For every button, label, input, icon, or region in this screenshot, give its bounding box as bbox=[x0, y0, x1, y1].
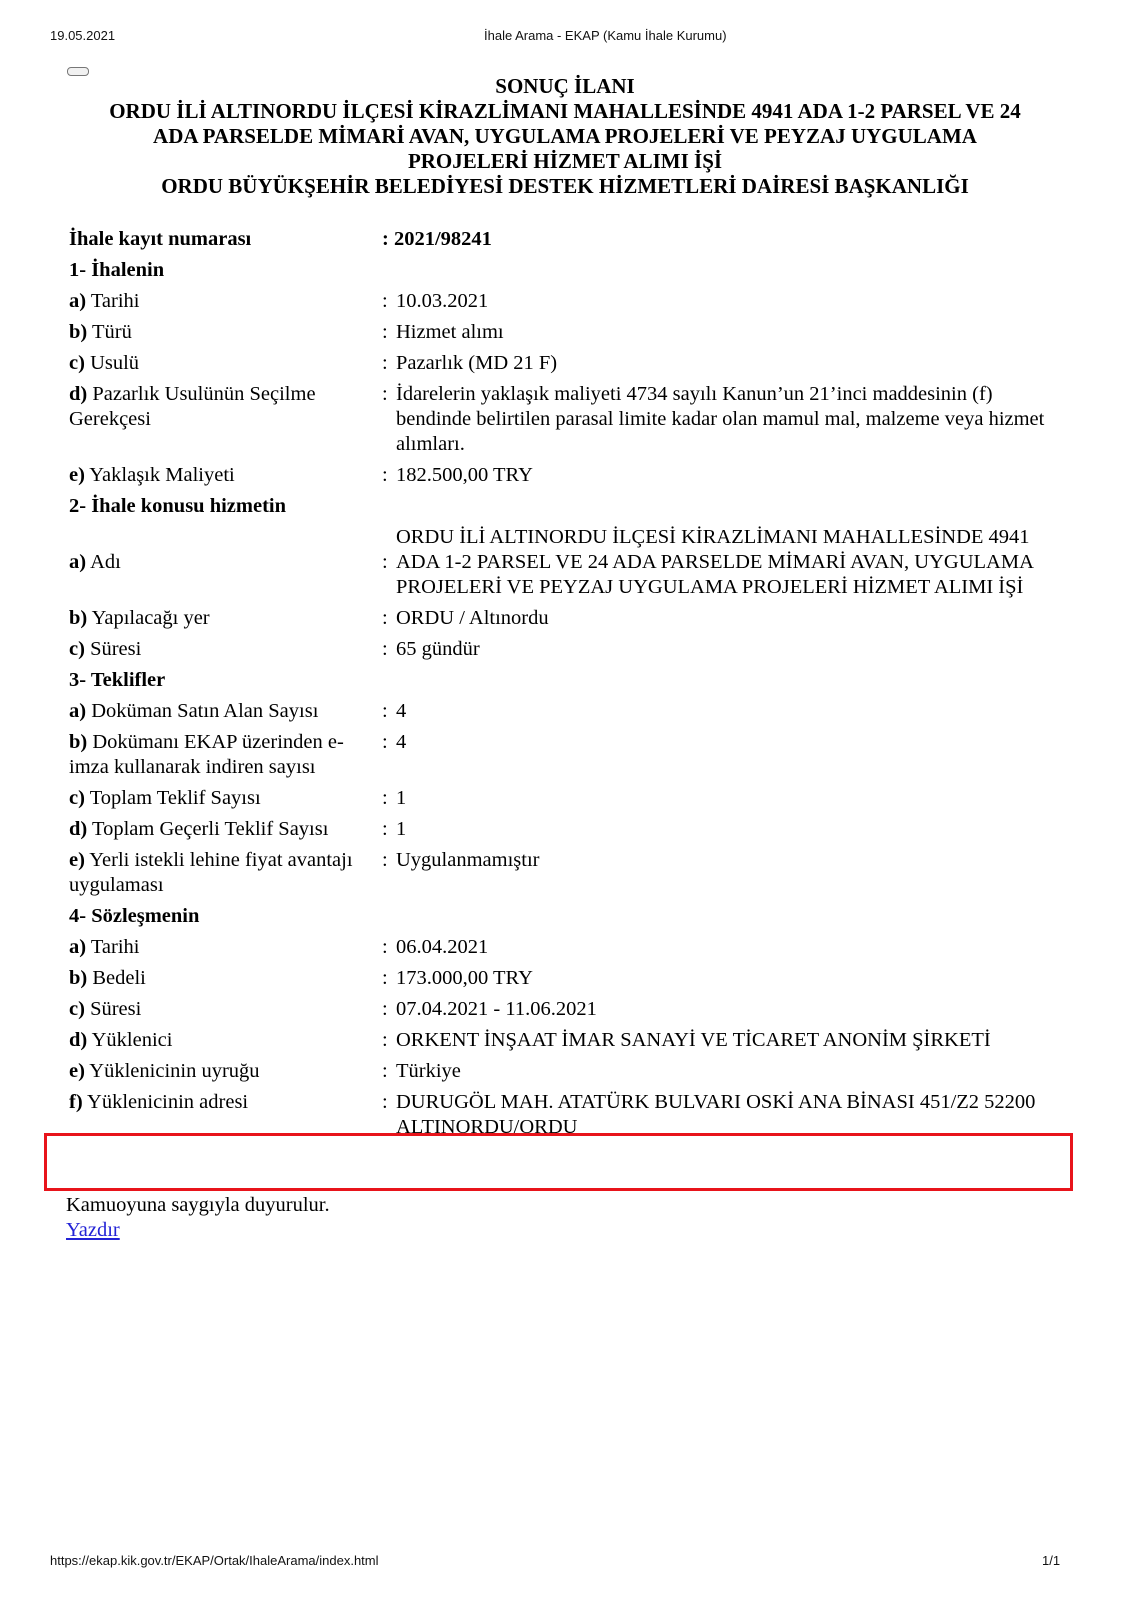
field-label: e) Yüklenicinin uyruğu bbox=[69, 1059, 382, 1084]
print-header-date: 19.05.2021 bbox=[50, 28, 115, 43]
closing-text: Kamuoyuna saygıyla duyurulur. bbox=[66, 1193, 330, 1218]
field-label: d) Pazarlık Usulünün Seçilme Gerekçesi bbox=[69, 382, 382, 457]
field-value: Pazarlık (MD 21 F) bbox=[396, 351, 1059, 376]
field-value: ORDU / Altınordu bbox=[396, 606, 1059, 631]
field-value: 07.04.2021 - 11.06.2021 bbox=[396, 997, 1059, 1022]
field-label-text: Yaklaşık Maliyeti bbox=[85, 464, 235, 486]
field-colon: : bbox=[382, 550, 396, 575]
field-label-text: Doküman Satın Alan Sayısı bbox=[86, 700, 318, 722]
field-letter: b) bbox=[69, 967, 87, 989]
field-value: ORKENT İNŞAAT İMAR SANAYİ VE TİCARET ANO… bbox=[396, 1028, 1059, 1053]
registration-value: : 2021/98241 bbox=[382, 227, 1059, 252]
field-letter: e) bbox=[69, 849, 85, 871]
field-letter: a) bbox=[69, 700, 86, 722]
field-letter: f) bbox=[69, 1091, 83, 1113]
field-letter: c) bbox=[69, 352, 85, 374]
field-letter: d) bbox=[69, 1029, 87, 1051]
field-label-text: Bedeli bbox=[87, 967, 146, 989]
section2-item-row: c) Süresi:65 gündür bbox=[69, 637, 1059, 662]
field-label-text: Tarihi bbox=[86, 290, 139, 312]
contractor-address-highlight bbox=[44, 1133, 1073, 1191]
section1-item-row: d) Pazarlık Usulünün Seçilme Gerekçesi:İ… bbox=[69, 382, 1059, 457]
field-value: 4 bbox=[396, 699, 1059, 724]
field-colon: : bbox=[382, 351, 396, 376]
field-label-text: Süresi bbox=[85, 638, 141, 660]
field-label: a) Tarihi bbox=[69, 289, 382, 314]
title-line: SONUÇ İLANI bbox=[50, 74, 1080, 99]
title-line: ORDU BÜYÜKŞEHİR BELEDİYESİ DESTEK HİZMET… bbox=[50, 174, 1080, 199]
field-label-text: Tarihi bbox=[86, 936, 139, 958]
section3-items: a) Doküman Satın Alan Sayısı:4b) Doküman… bbox=[69, 699, 1059, 898]
field-value: 4 bbox=[396, 730, 1059, 780]
field-value: Türkiye bbox=[396, 1059, 1059, 1084]
section4-item-row: d) Yüklenici:ORKENT İNŞAAT İMAR SANAYİ V… bbox=[69, 1028, 1059, 1053]
section1-item-row: c) Usulü:Pazarlık (MD 21 F) bbox=[69, 351, 1059, 376]
field-colon: : bbox=[382, 289, 396, 314]
field-letter: b) bbox=[69, 321, 87, 343]
field-value: Uygulanmamıştır bbox=[396, 848, 1059, 898]
section3-item-row: c) Toplam Teklif Sayısı:1 bbox=[69, 786, 1059, 811]
section2-heading: 2- İhale konusu hizmetin bbox=[69, 494, 286, 519]
field-label: b) Dokümanı EKAP üzerinden e-imza kullan… bbox=[69, 730, 382, 780]
field-value: Hizmet alımı bbox=[396, 320, 1059, 345]
field-label: c) Süresi bbox=[69, 637, 382, 662]
announcement-body: İhale kayıt numarası : 2021/98241 1- İha… bbox=[69, 227, 1059, 1146]
section-heading: 4- Sözleşmenin bbox=[69, 904, 1059, 929]
field-letter: c) bbox=[69, 787, 85, 809]
announcement-title: SONUÇ İLANI ORDU İLİ ALTINORDU İLÇESİ Kİ… bbox=[50, 74, 1080, 199]
field-colon: : bbox=[382, 730, 396, 780]
field-colon: : bbox=[382, 786, 396, 811]
field-letter: a) bbox=[69, 551, 86, 573]
field-label: a) Adı bbox=[69, 550, 382, 575]
title-line: ADA PARSELDE MİMARİ AVAN, UYGULAMA PROJE… bbox=[50, 124, 1080, 149]
print-header-title: İhale Arama - EKAP (Kamu İhale Kurumu) bbox=[484, 28, 727, 43]
field-colon: : bbox=[382, 848, 396, 898]
section1-heading: 1- İhalenin bbox=[69, 258, 164, 283]
field-colon: : bbox=[382, 699, 396, 724]
section1-item-row: e) Yaklaşık Maliyeti:182.500,00 TRY bbox=[69, 463, 1059, 488]
field-value: 1 bbox=[396, 817, 1059, 842]
section2-item-row: b) Yapılacağı yer:ORDU / Altınordu bbox=[69, 606, 1059, 631]
field-colon: : bbox=[382, 1059, 396, 1084]
section4-item-row: c) Süresi:07.04.2021 - 11.06.2021 bbox=[69, 997, 1059, 1022]
field-colon: : bbox=[382, 637, 396, 662]
field-letter: c) bbox=[69, 638, 85, 660]
field-label: e) Yaklaşık Maliyeti bbox=[69, 463, 382, 488]
field-letter: b) bbox=[69, 731, 87, 753]
closing-block: Kamuoyuna saygıyla duyurulur. Yazdır bbox=[66, 1193, 330, 1243]
field-label-text: Toplam Teklif Sayısı bbox=[85, 787, 261, 809]
section3-item-row: e) Yerli istekli lehine fiyat avantajı u… bbox=[69, 848, 1059, 898]
field-letter: c) bbox=[69, 998, 85, 1020]
field-label: c) Süresi bbox=[69, 997, 382, 1022]
section1-item-row: a) Tarihi:10.03.2021 bbox=[69, 289, 1059, 314]
field-value: 173.000,00 TRY bbox=[396, 966, 1059, 991]
registration-row: İhale kayıt numarası : 2021/98241 bbox=[69, 227, 1059, 252]
field-letter: b) bbox=[69, 607, 87, 629]
field-label-text: Türü bbox=[87, 321, 132, 343]
field-colon: : bbox=[382, 966, 396, 991]
field-colon: : bbox=[382, 997, 396, 1022]
field-label-text: Yapılacağı yer bbox=[87, 607, 209, 629]
section3-item-row: d) Toplam Geçerli Teklif Sayısı:1 bbox=[69, 817, 1059, 842]
section3-item-row: b) Dokümanı EKAP üzerinden e-imza kullan… bbox=[69, 730, 1059, 780]
field-label: a) Tarihi bbox=[69, 935, 382, 960]
print-footer-page-number: 1/1 bbox=[1042, 1553, 1060, 1568]
field-label: d) Yüklenici bbox=[69, 1028, 382, 1053]
section3-item-row: a) Doküman Satın Alan Sayısı:4 bbox=[69, 699, 1059, 724]
field-letter: d) bbox=[69, 383, 87, 405]
field-label-text: Yüklenici bbox=[87, 1029, 172, 1051]
field-label-text: Yüklenicinin uyruğu bbox=[85, 1060, 260, 1082]
print-footer-url: https://ekap.kik.gov.tr/EKAP/Ortak/Ihale… bbox=[50, 1553, 379, 1568]
field-label: d) Toplam Geçerli Teklif Sayısı bbox=[69, 817, 382, 842]
field-label-text: Yerli istekli lehine fiyat avantajı uygu… bbox=[69, 849, 353, 896]
section4-item-row: b) Bedeli:173.000,00 TRY bbox=[69, 966, 1059, 991]
field-label-text: Adı bbox=[86, 551, 121, 573]
field-label-text: Pazarlık Usulünün Seçilme Gerekçesi bbox=[69, 383, 316, 430]
field-value: 06.04.2021 bbox=[396, 935, 1059, 960]
field-label-text: Yüklenicinin adresi bbox=[83, 1091, 248, 1113]
field-letter: a) bbox=[69, 290, 86, 312]
field-label-text: Toplam Geçerli Teklif Sayısı bbox=[87, 818, 328, 840]
field-label: c) Toplam Teklif Sayısı bbox=[69, 786, 382, 811]
registration-label: İhale kayıt numarası bbox=[69, 227, 382, 252]
section4-items: a) Tarihi:06.04.2021b) Bedeli:173.000,00… bbox=[69, 935, 1059, 1140]
field-label-text: Usulü bbox=[85, 352, 139, 374]
section1-item-row: b) Türü:Hizmet alımı bbox=[69, 320, 1059, 345]
field-letter: e) bbox=[69, 464, 85, 486]
field-label: c) Usulü bbox=[69, 351, 382, 376]
title-line: ORDU İLİ ALTINORDU İLÇESİ KİRAZLİMANI MA… bbox=[50, 99, 1080, 124]
field-colon: : bbox=[382, 817, 396, 842]
field-value: 182.500,00 TRY bbox=[396, 463, 1059, 488]
field-value: 1 bbox=[396, 786, 1059, 811]
field-colon: : bbox=[382, 606, 396, 631]
section-heading: 2- İhale konusu hizmetin bbox=[69, 494, 1059, 519]
field-colon: : bbox=[382, 463, 396, 488]
field-value: 10.03.2021 bbox=[396, 289, 1059, 314]
section-heading: 3- Teklifler bbox=[69, 668, 1059, 693]
field-label: b) Bedeli bbox=[69, 966, 382, 991]
field-label-text: Süresi bbox=[85, 998, 141, 1020]
section2-item-row: a) Adı:ORDU İLİ ALTINORDU İLÇESİ KİRAZLİ… bbox=[69, 525, 1059, 600]
section-heading: 1- İhalenin bbox=[69, 258, 1059, 283]
print-link[interactable]: Yazdır bbox=[66, 1218, 330, 1243]
section2-items: a) Adı:ORDU İLİ ALTINORDU İLÇESİ KİRAZLİ… bbox=[69, 525, 1059, 662]
field-label: b) Yapılacağı yer bbox=[69, 606, 382, 631]
section4-heading: 4- Sözleşmenin bbox=[69, 904, 199, 929]
field-value: ORDU İLİ ALTINORDU İLÇESİ KİRAZLİMANI MA… bbox=[396, 525, 1059, 600]
field-label: a) Doküman Satın Alan Sayısı bbox=[69, 699, 382, 724]
field-label-text: Dokümanı EKAP üzerinden e-imza kullanara… bbox=[69, 731, 344, 778]
title-line: PROJELERİ HİZMET ALIMI İŞİ bbox=[50, 149, 1080, 174]
field-letter: e) bbox=[69, 1060, 85, 1082]
section4-item-row: e) Yüklenicinin uyruğu:Türkiye bbox=[69, 1059, 1059, 1084]
section1-items: a) Tarihi:10.03.2021b) Türü:Hizmet alımı… bbox=[69, 289, 1059, 488]
field-value: 65 gündür bbox=[396, 637, 1059, 662]
section4-item-row: a) Tarihi:06.04.2021 bbox=[69, 935, 1059, 960]
field-letter: d) bbox=[69, 818, 87, 840]
field-colon: : bbox=[382, 935, 396, 960]
field-colon: : bbox=[382, 1028, 396, 1053]
field-label: b) Türü bbox=[69, 320, 382, 345]
field-colon: : bbox=[382, 382, 396, 457]
field-value: İdarelerin yaklaşık maliyeti 4734 sayılı… bbox=[396, 382, 1059, 457]
section3-heading: 3- Teklifler bbox=[69, 668, 165, 693]
field-letter: a) bbox=[69, 936, 86, 958]
field-label: e) Yerli istekli lehine fiyat avantajı u… bbox=[69, 848, 382, 898]
field-colon: : bbox=[382, 320, 396, 345]
